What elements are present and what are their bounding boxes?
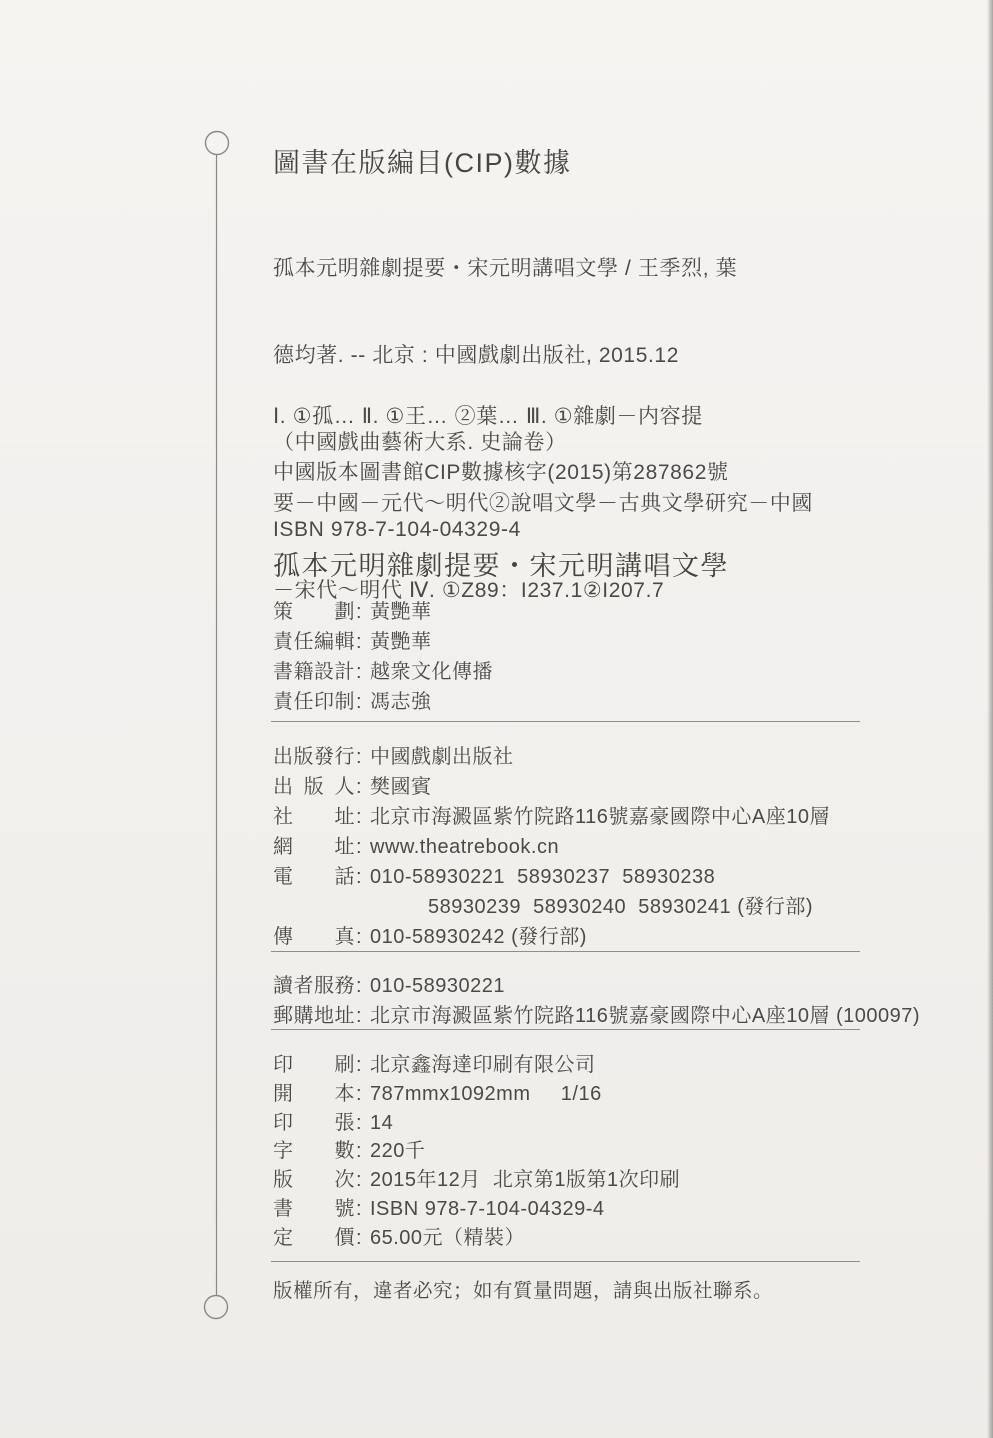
field-value: 黃艷華 (370, 631, 432, 653)
field-value: 14 (370, 1112, 393, 1134)
field-label: 書 號 (273, 1195, 355, 1224)
colon: : (356, 862, 370, 892)
colon: : (356, 1051, 370, 1080)
field-value: 馮志強 (370, 691, 432, 713)
printing-row: 版 次:2015年12月 北京第1版第1次印刷 (273, 1166, 680, 1195)
field-label: 傳 真 (273, 922, 355, 952)
cip-heading: 圖書在版編目(CIP)數據 (273, 141, 572, 180)
field-label: 讀者服務 (273, 971, 355, 1001)
reader-service-block: 讀者服務:010-58930221 郵購地址:北京市海澱區紫竹院路116號嘉豪國… (273, 971, 920, 1031)
field-label: 郵購地址 (273, 1001, 355, 1031)
registration-circle-bottom (205, 1296, 228, 1319)
page-edge-shadow (987, 0, 993, 1438)
field-value: 010-58930221 58930237 58930238 (370, 866, 715, 888)
field-label: 印 張 (273, 1109, 355, 1138)
field-value: 北京市海澱區紫竹院路116號嘉豪國際中心A座10層 (370, 806, 830, 828)
colon: : (356, 657, 370, 687)
field-value: 北京鑫海達印刷有限公司 (370, 1054, 596, 1076)
colon: : (356, 1224, 370, 1253)
field-value: 787mmx1092mm 1/16 (370, 1083, 602, 1105)
field-value: 越衆文化傳播 (370, 661, 493, 683)
field-value: 樊國賓 (370, 776, 432, 798)
field-label: 責任印制 (273, 687, 355, 717)
field-value: 65.00元（精裝） (370, 1227, 525, 1249)
field-label: 書籍設計 (273, 657, 355, 687)
printing-block: 印 刷:北京鑫海達印刷有限公司 開 本:787mmx1092mm 1/16 印 … (273, 1051, 680, 1253)
divider-rule (271, 951, 860, 952)
printing-row: 印 張:14 (273, 1109, 680, 1138)
publisher-block: 出版發行:中國戲劇出版社 出 版 人:樊國賓 社 址:北京市海澱區紫竹院路116… (273, 742, 830, 952)
cip-class-line: Ⅰ. ①孤… Ⅱ. ①王… ②葉… Ⅲ. ①雜劇－内容提 (273, 402, 813, 431)
cip-class-line: 要－中國－元代～明代②說唱文學－古典文學研究－中國 (273, 489, 813, 518)
field-label: 開 本 (273, 1080, 355, 1109)
divider-rule (271, 721, 860, 722)
credits-block: 策 劃:黃艷華 責任編輯:黃艷華 書籍設計:越衆文化傳播 責任印制:馮志強 (273, 597, 493, 717)
cip-record-number: 中國版本圖書館CIP數據核字(2015)第287862號 (273, 456, 729, 486)
field-label: 定 價 (273, 1224, 355, 1253)
field-value: www.theatrebook.cn (370, 836, 559, 858)
field-value: 北京市海澱區紫竹院路116號嘉豪國際中心A座10層 (100097) (370, 1005, 920, 1027)
field-value: 220千 (370, 1140, 425, 1162)
colon: : (356, 1109, 370, 1138)
field-value: ISBN 978-7-104-04329-4 (370, 1198, 604, 1220)
colon: : (356, 1001, 370, 1031)
registration-mark (196, 128, 238, 1328)
colon: : (356, 772, 370, 802)
copyright-page: 圖書在版編目(CIP)數據 孤本元明雜劇提要・宋元明講唱文學 / 王季烈, 葉 … (0, 0, 993, 1438)
credit-row: 策 劃:黃艷華 (273, 597, 493, 627)
field-value: 010-58930242 (發行部) (370, 926, 587, 948)
colon: : (356, 627, 370, 657)
publisher-row: 出版發行:中國戲劇出版社 (273, 742, 830, 772)
colon: : (356, 832, 370, 862)
colon: : (356, 687, 370, 717)
printing-row: 定 價:65.00元（精裝） (273, 1224, 680, 1253)
reader-row: 讀者服務:010-58930221 (273, 971, 920, 1001)
publisher-row: 網 址:www.theatrebook.cn (273, 832, 830, 862)
printing-row: 開 本:787mmx1092mm 1/16 (273, 1080, 680, 1109)
colon: : (356, 1137, 370, 1166)
cip-record-line: 孤本元明雜劇提要・宋元明講唱文學 / 王季烈, 葉 (273, 254, 737, 283)
credit-row: 責任編輯:黃艷華 (273, 627, 493, 657)
publisher-row: 電 話:010-58930221 58930237 58930238 (273, 862, 830, 892)
publisher-row: 傳 真:010-58930242 (發行部) (273, 922, 830, 952)
field-label: 社 址 (273, 802, 355, 832)
field-label: 版 次 (273, 1166, 355, 1195)
field-label: 出版發行 (273, 742, 355, 772)
colon: : (356, 1166, 370, 1195)
field-label: 網 址 (273, 832, 355, 862)
colon: : (356, 742, 370, 772)
field-value: 黃艷華 (370, 601, 432, 623)
colon: : (356, 1195, 370, 1224)
phone-continuation-row: 58930239 58930240 58930241 (發行部) (273, 892, 830, 922)
printing-row: 書 號:ISBN 978-7-104-04329-4 (273, 1195, 680, 1224)
divider-rule (271, 1029, 860, 1030)
colon: : (356, 1080, 370, 1109)
field-value: 58930239 58930240 58930241 (發行部) (428, 896, 813, 918)
colon: : (356, 597, 370, 627)
publisher-row: 出 版 人:樊國賓 (273, 772, 830, 802)
divider-rule (271, 1261, 860, 1262)
registration-circle-top (206, 132, 229, 155)
field-label: 出 版 人 (273, 772, 355, 802)
book-title: 孤本元明雜劇提要・宋元明講唱文學 (273, 544, 729, 583)
field-label: 策 劃 (273, 597, 355, 627)
field-label: 責任編輯 (273, 627, 355, 657)
field-value: 2015年12月 北京第1版第1次印刷 (370, 1169, 680, 1191)
printing-row: 印 刷:北京鑫海達印刷有限公司 (273, 1051, 680, 1080)
colon: : (356, 802, 370, 832)
field-label: 字 數 (273, 1137, 355, 1166)
publisher-row: 社 址:北京市海澱區紫竹院路116號嘉豪國際中心A座10層 (273, 802, 830, 832)
credit-row: 責任印制:馮志強 (273, 687, 493, 717)
reader-row: 郵購地址:北京市海澱區紫竹院路116號嘉豪國際中心A座10層 (100097) (273, 1001, 920, 1031)
field-value: 中國戲劇出版社 (370, 746, 514, 768)
colon: : (356, 971, 370, 1001)
credit-row: 書籍設計:越衆文化傳播 (273, 657, 493, 687)
field-label: 電 話 (273, 862, 355, 892)
field-value: 010-58930221 (370, 975, 505, 997)
field-label: 印 刷 (273, 1051, 355, 1080)
colon: : (356, 922, 370, 952)
printing-row: 字 數:220千 (273, 1137, 680, 1166)
copyright-notice: 版權所有，違者必究；如有質量問題，請與出版社聯系。 (273, 1275, 773, 1303)
